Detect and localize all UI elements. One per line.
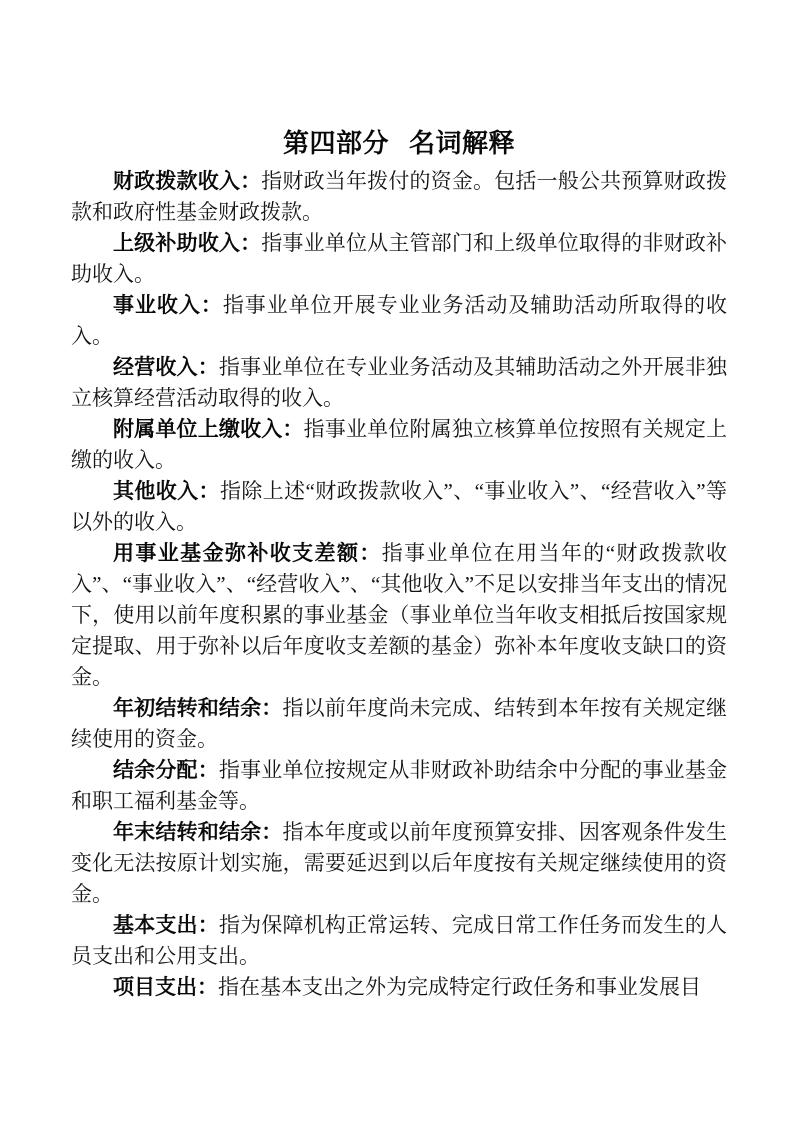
term-paragraph: 基本支出：指为保障机构正常运转、完成日常工作任务而发生的人员支出和公用支出。 <box>71 910 727 972</box>
term-name: 年末结转和结余： <box>113 820 282 844</box>
term-paragraph: 财政拨款收入：指财政当年拨付的资金。包括一般公共预算财政拨款和政府性基金财政拨款… <box>71 166 727 228</box>
term-definition: 指在基本支出之外为完成特定行政任务和事业发展目 <box>218 975 701 999</box>
term-name: 基本支出： <box>113 913 219 937</box>
term-name: 财政拨款收入： <box>113 169 261 193</box>
term-paragraph: 项目支出：指在基本支出之外为完成特定行政任务和事业发展目 <box>71 972 727 1003</box>
term-name: 上级补助收入： <box>113 231 261 255</box>
term-paragraph: 附属单位上缴收入：指事业单位附属独立核算单位按照有关规定上缴的收入。 <box>71 414 727 476</box>
term-paragraph: 事业收入：指事业单位开展专业业务活动及辅助活动所取得的收入。 <box>71 290 727 352</box>
term-name: 其他收入： <box>113 479 220 503</box>
term-name: 附属单位上缴收入： <box>113 417 304 441</box>
term-paragraph: 上级补助收入：指事业单位从主管部门和上级单位取得的非财政补助收入。 <box>71 228 727 290</box>
term-paragraph: 年初结转和结余：指以前年度尚未完成、结转到本年按有关规定继续使用的资金。 <box>71 693 727 755</box>
term-name: 经营收入： <box>113 355 219 379</box>
term-name: 项目支出： <box>113 975 218 999</box>
term-paragraph: 结余分配：指事业单位按规定从非财政补助结余中分配的事业基金和职工福利基金等。 <box>71 755 727 817</box>
term-paragraph: 其他收入：指除上述“财政拨款收入”、“事业收入”、“经营收入”等以外的收入。 <box>71 476 727 538</box>
term-paragraph: 用事业基金弥补收支差额：指事业单位在用当年的“财政拨款收入”、“事业收入”、“经… <box>71 538 727 693</box>
term-paragraph: 经营收入：指事业单位在专业业务活动及其辅助活动之外开展非独立核算经营活动取得的收… <box>71 352 727 414</box>
term-name: 事业收入： <box>113 293 223 317</box>
term-name: 年初结转和结余： <box>113 696 282 720</box>
term-paragraph: 年末结转和结余：指本年度或以前年度预算安排、因客观条件发生变化无法按原计划实施，… <box>71 817 727 910</box>
term-name: 用事业基金弥补收支差额： <box>113 541 382 565</box>
term-name: 结余分配： <box>113 758 219 782</box>
document-page: 第四部分 名词解释 财政拨款收入：指财政当年拨付的资金。包括一般公共预算财政拨款… <box>0 0 793 1122</box>
page-title: 第四部分 名词解释 <box>71 126 727 162</box>
